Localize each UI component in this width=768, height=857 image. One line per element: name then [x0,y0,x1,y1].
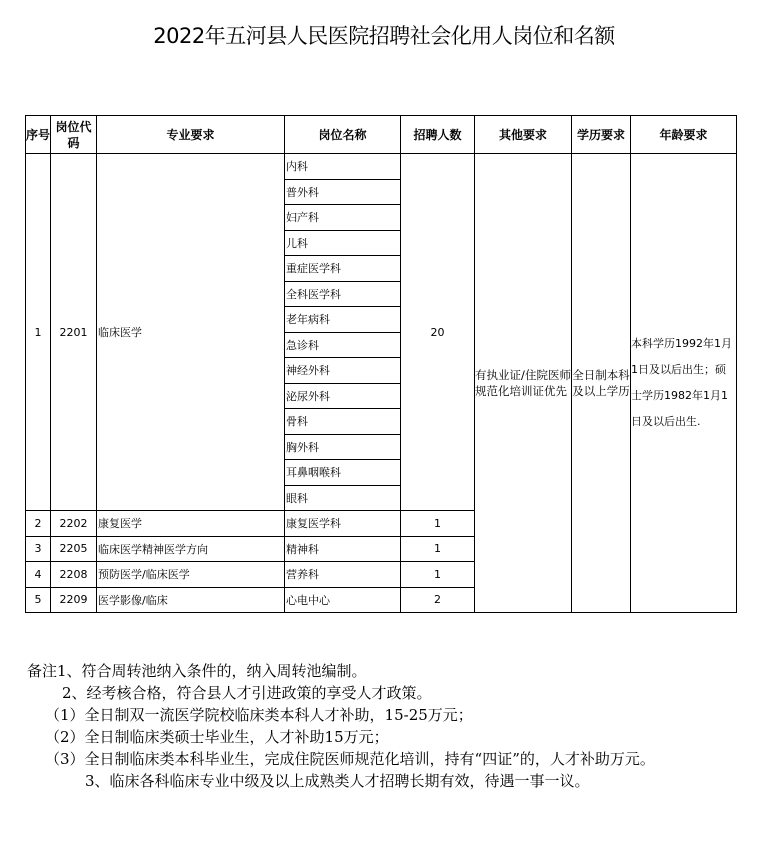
note-2-3: （3）全日制临床类本科毕业生，完成住院医师规范化培训，持有“四证”的，人才补助万… [27,748,742,770]
cell-count: 1 [401,562,475,588]
page-title: 2022年五河县人民医院招聘社会化用人岗位和名额 [0,20,768,50]
cell-position: 急诊科 [285,332,401,358]
cell-seq: 5 [26,587,51,613]
cell-position: 儿科 [285,230,401,256]
note-3: 3、临床各科临床专业中级及以上成熟类人才招聘长期有效，待遇一事一议。 [27,770,742,792]
header-major: 专业要求 [97,116,285,154]
cell-major: 医学影像/临床 [97,587,285,613]
cell-position: 耳鼻咽喉科 [285,460,401,486]
cell-position: 泌尿外科 [285,383,401,409]
cell-position: 心电中心 [285,587,401,613]
table-header-row: 序号 岗位代码 专业要求 岗位名称 招聘人数 其他要求 学历要求 年龄要求 [26,116,737,154]
cell-code: 2202 [51,511,97,537]
cell-position: 老年病科 [285,307,401,333]
cell-count: 1 [401,536,475,562]
cell-code: 2205 [51,536,97,562]
header-education: 学历要求 [572,116,631,154]
cell-seq: 2 [26,511,51,537]
header-seq: 序号 [26,116,51,154]
cell-education: 全日制本科及以上学历 [572,154,631,613]
cell-major: 康复医学 [97,511,285,537]
cell-position: 全科医学科 [285,281,401,307]
cell-seq: 1 [26,154,51,511]
header-other: 其他要求 [475,116,572,154]
cell-position: 内科 [285,154,401,180]
cell-count: 1 [401,511,475,537]
cell-position: 胸外科 [285,434,401,460]
cell-seq: 3 [26,536,51,562]
cell-seq: 4 [26,562,51,588]
cell-code: 2209 [51,587,97,613]
recruitment-table: 序号 岗位代码 专业要求 岗位名称 招聘人数 其他要求 学历要求 年龄要求 1 … [25,115,737,613]
header-count: 招聘人数 [401,116,475,154]
cell-position: 妇产科 [285,205,401,231]
cell-position: 神经外科 [285,358,401,384]
cell-other: 有执业证/住院医师规范化培训证优先 [475,154,572,613]
cell-position: 眼科 [285,485,401,511]
cell-position: 普外科 [285,179,401,205]
cell-count: 20 [401,154,475,511]
cell-position: 重症医学科 [285,256,401,282]
header-code: 岗位代码 [51,116,97,154]
table-row: 1 2201 临床医学 内科 20 有执业证/住院医师规范化培训证优先 全日制本… [26,154,737,180]
cell-position: 精神科 [285,536,401,562]
cell-code: 2208 [51,562,97,588]
cell-major: 临床医学精神医学方向 [97,536,285,562]
note-2-1: （1）全日制双一流医学院校临床类本科人才补助，15-25万元； [27,704,742,726]
header-position: 岗位名称 [285,116,401,154]
cell-major: 临床医学 [97,154,285,511]
cell-code: 2201 [51,154,97,511]
notes-section: 备注1、符合周转池纳入条件的，纳入周转池编制。 2、经考核合格，符合县人才引进政… [27,660,742,792]
header-age: 年龄要求 [631,116,737,154]
note-1: 备注1、符合周转池纳入条件的，纳入周转池编制。 [27,660,742,682]
cell-age: 本科学历1992年1月1日及以后出生；硕士学历1982年1月1日及以后出生. [631,154,737,613]
cell-position: 营养科 [285,562,401,588]
cell-position: 康复医学科 [285,511,401,537]
note-2: 2、经考核合格，符合县人才引进政策的享受人才政策。 [27,682,742,704]
note-2-2: （2）全日制临床类硕士毕业生，人才补助15万元； [27,726,742,748]
cell-count: 2 [401,587,475,613]
cell-major: 预防医学/临床医学 [97,562,285,588]
cell-position: 骨科 [285,409,401,435]
